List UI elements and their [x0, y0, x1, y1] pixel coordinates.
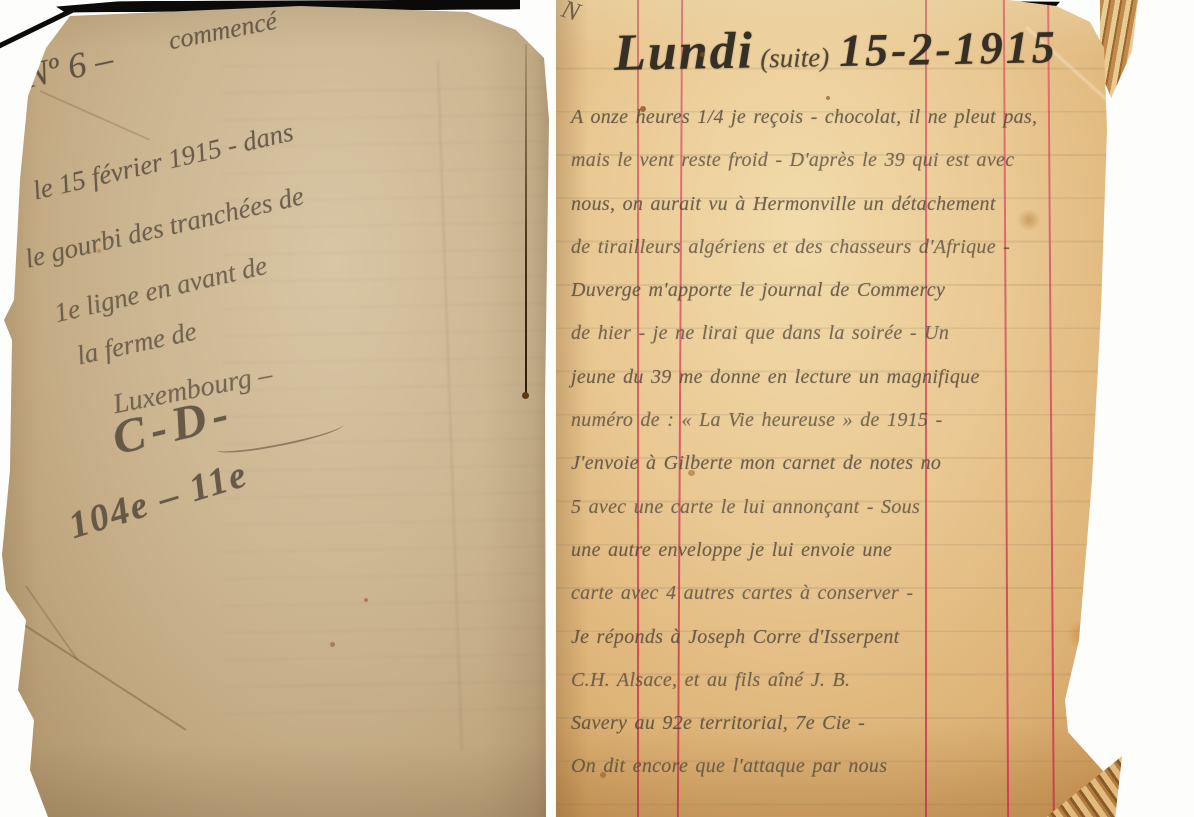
handwriting-line: C.H. Alsace, et au fils aîné J. B. [571, 659, 1116, 702]
entry-suite: (suite) [760, 42, 829, 73]
handwriting-line: On dit encore que l'attaque par nous [571, 745, 1116, 788]
handwriting-line: une autre enveloppe je lui envoie une [571, 529, 1116, 572]
handwriting-line: Savery au 92e territorial, 7e Cie - [571, 702, 1116, 745]
page-stack-edge [1100, 0, 1140, 98]
right-page: N Lundi(suite)15-2-1915 A onze heures 1/… [556, 0, 1194, 817]
entry-body: A onze heures 1/4 je reçois - chocolat, … [571, 96, 1116, 789]
entry-date: 15-2-1915 [839, 21, 1058, 76]
handwriting-line: Je réponds à Joseph Corre d'Isserpent [571, 616, 1116, 659]
handwriting-line: carte avec 4 autres cartes à conserver - [571, 572, 1116, 615]
handwriting-line: jeune du 39 me donne en lecture un magni… [571, 356, 1116, 399]
entry-day: Lundi [614, 22, 755, 81]
handwriting-line: Duverge m'apporte le journal de Commercy [571, 269, 1116, 312]
handwriting-line: 5 avec une carte le lui annonçant - Sous [571, 486, 1116, 529]
left-page: Nº 6 – commencé le 15 février 1915 - dan… [0, 0, 556, 817]
binding-knot [522, 392, 529, 399]
notebook-scan: Nº 6 – commencé le 15 février 1915 - dan… [0, 0, 1194, 817]
handwriting-line: de tirailleurs algériens et des chasseur… [571, 226, 1116, 269]
handwriting-line: numéro de : « La Vie heureuse » de 1915 … [571, 399, 1116, 442]
handwriting-line: J'envoie à Gilberte mon carnet de notes … [571, 442, 1116, 485]
handwriting-line: de hier - je ne lirai que dans la soirée… [571, 312, 1116, 355]
handwriting-line: nous, on aurait vu à Hermonville un déta… [571, 183, 1116, 226]
binding-thread [525, 44, 527, 396]
handwriting-line: mais le vent reste froid - D'après le 39… [571, 139, 1116, 182]
entry-header: Lundi(suite)15-2-1915 [614, 16, 1059, 83]
handwriting-line: A onze heures 1/4 je reçois - chocolat, … [571, 96, 1116, 139]
ink-showthrough-texture [222, 65, 544, 719]
